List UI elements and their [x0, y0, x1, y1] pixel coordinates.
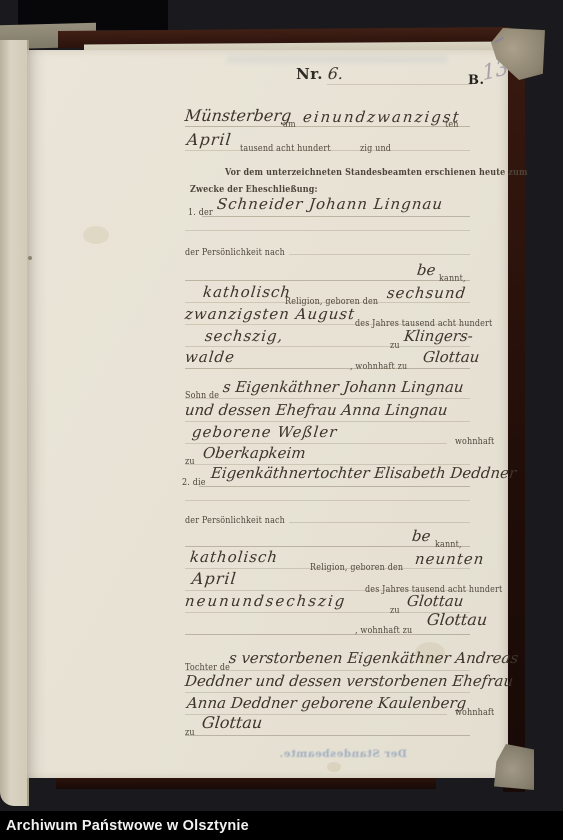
bride-birth-year-text: neunundsechszig: [184, 592, 347, 610]
bride-parents-residence: Glottau: [202, 713, 262, 732]
bride-parents-wohnhaft-text: wohnhaft: [455, 707, 494, 718]
form-rule: [185, 398, 470, 399]
groom-wohnhaft-zu-printed: , wohnhaft zu: [350, 354, 416, 373]
am-printed: am: [283, 112, 298, 131]
place-text: Münsterberg: [184, 106, 292, 125]
groom-parents-wohnhaft-text: wohnhaft: [455, 436, 494, 447]
form-rule: [199, 486, 470, 487]
groom-zu-printed: zu: [390, 333, 401, 352]
groom-name-handwritten: Schneider Johann Lingnau: [217, 194, 443, 213]
bride-father-text: s verstorbenen Eigenkäthner Andreas: [228, 649, 519, 667]
bride-parents-wohnhaft-printed: wohnhaft: [455, 700, 500, 719]
form-rule: [289, 254, 470, 255]
groom-birthplace-1: Klingers-: [404, 326, 473, 345]
groom-birth-year-text: sechszig,: [204, 327, 284, 345]
groom-persoenlichkeit: der Persönlichkeit nach: [185, 240, 300, 259]
form-rule: [185, 324, 470, 325]
bride-birth-month-text: April: [191, 569, 238, 588]
record-number-printed: Nr.: [296, 65, 323, 83]
header-rule: [327, 84, 472, 85]
am-text: am: [283, 119, 296, 130]
place-handwritten: Münsterberg: [185, 106, 291, 125]
record-number-label: Nr. 6.: [296, 64, 343, 83]
form-rule: [185, 126, 470, 127]
groom-birth-day-1: sechsund: [387, 283, 466, 302]
form-rule: [202, 216, 470, 217]
groom-be-text: be: [416, 261, 436, 279]
day-handwritten: einundzwanzigst: [303, 107, 461, 126]
stain: [327, 762, 341, 772]
bride-zu-text: zu: [390, 605, 400, 616]
form-rule: [185, 735, 470, 736]
ten-printed: ten: [445, 112, 461, 131]
groom-persoenlichkeit-text: der Persönlichkeit nach: [185, 247, 285, 258]
groom-residence: Glottau: [423, 347, 479, 366]
zig-und-text: zig und: [360, 143, 391, 154]
groom-parents-zu-text: zu: [185, 456, 195, 467]
groom-birth-year: sechszig,: [205, 326, 283, 345]
groom-parents-zu-printed: zu: [185, 449, 196, 468]
groom-wohnhaft-zu-text: , wohnhaft zu: [350, 361, 407, 372]
groom-mother-text: und dessen Ehefrau Anna Lingnau: [184, 401, 449, 419]
groom-parents-residence-text: Oberkapkeim: [202, 444, 306, 462]
groom-mother-maiden-text: geborene Weßler: [191, 423, 338, 441]
bride-birth-month: April: [192, 569, 237, 588]
bride-be-handwritten: be: [412, 526, 430, 545]
bride-mother-text: Deddner und dessen verstorbenen Ehefrau: [184, 672, 514, 690]
bride-mother-maiden-line: Anna Deddner geborene Kaulenberg: [187, 693, 466, 712]
groom-mother-maiden-line: geborene Weßler: [192, 422, 337, 441]
bride-mother-maiden-text: Anna Deddner geborene Kaulenberg: [186, 694, 467, 712]
ink-speck: [28, 256, 32, 260]
bride-name-handwritten: Eigenkäthnertochter Elisabeth Deddner: [211, 463, 516, 482]
bride-name-text: Eigenkäthnertochter Elisabeth Deddner: [210, 464, 517, 482]
scan-scene: Nr. 6. B. 13 Münsterberg am einundzwanzi…: [0, 0, 563, 840]
groom-birth-day-2: zwanzigsten August: [185, 304, 355, 323]
bride-residence: Glottau: [427, 610, 487, 629]
groom-parents-wohnhaft-printed: wohnhaft: [455, 429, 500, 448]
bride-religion-handwritten: katholisch: [190, 547, 278, 566]
bride-birth-year: neunundsechszig: [185, 591, 346, 610]
groom-birthplace-2-text: walde: [184, 348, 236, 366]
bride-mother-line: Deddner und dessen verstorbenen Ehefrau: [185, 671, 513, 690]
form-rule: [185, 150, 470, 151]
bride-birth-day-text: neunten: [414, 550, 485, 568]
facing-page-sliver: [0, 40, 29, 806]
bride-parents-residence-text: Glottau: [201, 713, 263, 732]
groom-father-text: s Eigenkäthner Johann Lingnau: [222, 378, 464, 396]
form-rule: [185, 500, 470, 501]
month-text: April: [186, 130, 233, 149]
day-text: einundzwanzigst: [302, 108, 462, 126]
form-rule: [185, 230, 470, 231]
groom-mother-line: und dessen Ehefrau Anna Lingnau: [185, 400, 448, 419]
form-rule: [185, 280, 470, 281]
bride-religion-text: katholisch: [189, 548, 279, 566]
groom-birth-day-1-text: sechsund: [386, 284, 467, 302]
form-rule: [185, 302, 470, 303]
bride-father-line: s verstorbenen Eigenkäthner Andreas: [229, 648, 518, 667]
groom-father-line: s Eigenkäthner Johann Lingnau: [223, 377, 464, 396]
bride-be-text: be: [411, 527, 431, 545]
bride-parents-zu-printed: zu: [185, 720, 196, 739]
bleedthrough-text-inner: Der Standesbeamte.: [279, 748, 407, 760]
book-cover-bottom-edge: [56, 777, 436, 789]
bleedthrough-text: Der Standesbeamte.: [279, 742, 407, 761]
bride-religion-printed: Religion, geboren den: [310, 555, 417, 574]
groom-birth-day-2-text: zwanzigsten August: [184, 305, 356, 323]
groom-birthplace-2: walde: [185, 347, 235, 366]
form-rule: [289, 522, 470, 523]
groom-parents-residence: Oberkapkeim: [203, 443, 306, 462]
bride-residence-text: Glottau: [426, 610, 488, 629]
groom-religion-handwritten: katholisch: [203, 282, 291, 301]
ten-text: ten: [445, 119, 459, 130]
groom-name-text: Schneider Johann Lingnau: [216, 195, 444, 213]
groom-birthplace-1-text: Klingers-: [403, 327, 474, 345]
month-handwritten: April: [187, 130, 232, 149]
form-rule: [185, 368, 470, 369]
ink-bleed-smudge-top: [227, 56, 447, 63]
tausend-text: tausend acht hundert: [240, 143, 331, 154]
groom-religion-text: katholisch: [202, 283, 292, 301]
bride-persoenlichkeit: der Persönlichkeit nach: [185, 508, 300, 527]
zig-und-printed: zig und: [360, 136, 396, 155]
stain: [83, 226, 109, 244]
bride-persoenlichkeit-text: der Persönlichkeit nach: [185, 515, 285, 526]
bride-parents-zu-text: zu: [185, 727, 195, 738]
bride-birth-day: neunten: [415, 549, 484, 568]
groom-be-handwritten: be: [417, 260, 435, 279]
bride-birthplace: Glottau: [407, 591, 463, 610]
register-page: Nr. 6. B. 13 Münsterberg am einundzwanzi…: [27, 50, 508, 778]
tausend-printed: tausend acht hundert: [240, 136, 344, 155]
bride-birthplace-text: Glottau: [406, 592, 464, 610]
groom-residence-text: Glottau: [422, 348, 480, 366]
form-rule: [185, 634, 470, 635]
bride-zu-printed: zu: [390, 598, 401, 617]
archive-name-label: Archiwum Państwowe w Olsztynie: [6, 818, 249, 834]
record-number-value: 6.: [327, 64, 344, 83]
archive-caption-bar: Archiwum Państwowe w Olsztynie: [0, 811, 563, 840]
